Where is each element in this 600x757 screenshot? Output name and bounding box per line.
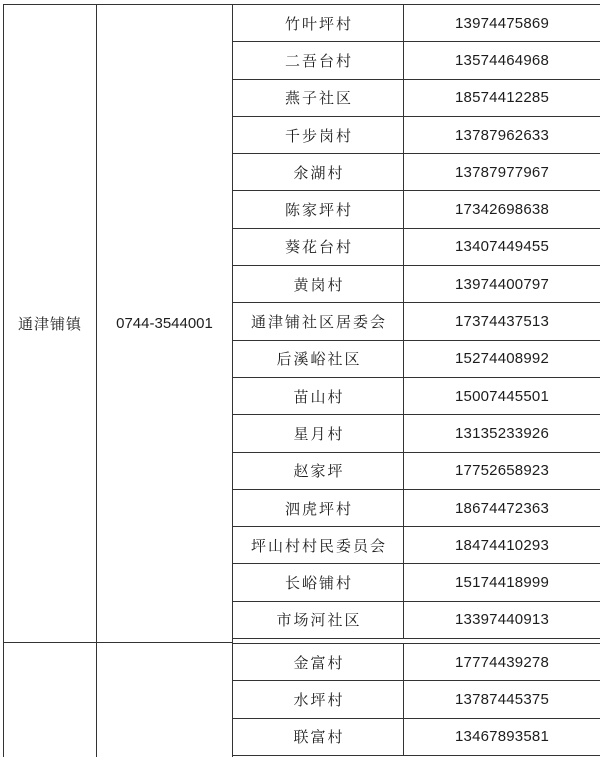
table-row: 赵家坪 17752658923	[233, 453, 600, 490]
village-name: 泗虎坪村	[233, 490, 404, 526]
village-phone: 18474410293	[404, 527, 600, 563]
village-phone: 17774439278	[404, 644, 600, 680]
village-name: 黄岗村	[233, 266, 404, 302]
village-name: 葵花台村	[233, 229, 404, 265]
village-phone: 13407449455	[404, 229, 600, 265]
village-phone: 15007445501	[404, 378, 600, 414]
village-name: 燕子社区	[233, 80, 404, 116]
village-phone: 17374437513	[404, 303, 600, 339]
village-phone: 13787977967	[404, 154, 600, 190]
village-name: 后溪峪社区	[233, 341, 404, 377]
village-phone: 17752658923	[404, 453, 600, 489]
village-name: 金富村	[233, 644, 404, 680]
table-row: 陈家坪村 17342698638	[233, 191, 600, 228]
town-phone-cell-continued	[97, 643, 233, 757]
village-name: 联富村	[233, 719, 404, 755]
village-name: 陈家坪村	[233, 191, 404, 227]
table-row: 联富村 13467893581	[233, 719, 600, 756]
table-row: 水坪村 13787445375	[233, 681, 600, 718]
village-name: 长峪铺村	[233, 564, 404, 600]
table-row: 葵花台村 13407449455	[233, 229, 600, 266]
table-row: 坪山村村民委员会 18474410293	[233, 527, 600, 564]
village-rows-group2: 金富村 17774439278 水坪村 13787445375 联富村 1346…	[233, 643, 600, 756]
village-name: 通津铺社区居委会	[233, 303, 404, 339]
village-name: 坪山村村民委员会	[233, 527, 404, 563]
village-phone: 13974475869	[404, 5, 600, 41]
village-name: 竹叶坪村	[233, 5, 404, 41]
table-row: 金富村 17774439278	[233, 644, 600, 681]
village-rows-group1: 竹叶坪村 13974475869 二吾台村 13574464968 燕子社区 1…	[233, 4, 600, 639]
table-row: 氽湖村 13787977967	[233, 154, 600, 191]
table-row: 长峪铺村 15174418999	[233, 564, 600, 601]
village-name: 氽湖村	[233, 154, 404, 190]
village-phone: 18674472363	[404, 490, 600, 526]
town-name-cell: 通津铺镇	[3, 4, 97, 643]
table-row: 泗虎坪村 18674472363	[233, 490, 600, 527]
village-phone: 15174418999	[404, 564, 600, 600]
village-name: 苗山村	[233, 378, 404, 414]
table-row: 二吾台村 13574464968	[233, 42, 600, 79]
village-phone: 13135233926	[404, 415, 600, 451]
table-row: 竹叶坪村 13974475869	[233, 5, 600, 42]
village-name: 市场河社区	[233, 602, 404, 638]
table-row: 市场河社区 13397440913	[233, 602, 600, 639]
village-phone: 15274408992	[404, 341, 600, 377]
village-phone: 17342698638	[404, 191, 600, 227]
town-name-cell-continued	[3, 643, 97, 757]
table-row: 燕子社区 18574412285	[233, 80, 600, 117]
village-phone: 13974400797	[404, 266, 600, 302]
table-row: 黄岗村 13974400797	[233, 266, 600, 303]
table-row: 星月村 13135233926	[233, 415, 600, 452]
village-name: 星月村	[233, 415, 404, 451]
village-name: 水坪村	[233, 681, 404, 717]
village-phone: 13787962633	[404, 117, 600, 153]
contact-directory-table: 通津铺镇 0744-3544001 竹叶坪村 13974475869 二吾台村 …	[0, 0, 600, 757]
village-name: 千步岗村	[233, 117, 404, 153]
village-name: 赵家坪	[233, 453, 404, 489]
village-phone: 13397440913	[404, 602, 600, 638]
town-phone-cell: 0744-3544001	[97, 4, 233, 643]
village-name: 二吾台村	[233, 42, 404, 78]
table-row: 千步岗村 13787962633	[233, 117, 600, 154]
village-phone: 13467893581	[404, 719, 600, 755]
table-row: 后溪峪社区 15274408992	[233, 341, 600, 378]
table-row: 苗山村 15007445501	[233, 378, 600, 415]
village-phone: 18574412285	[404, 80, 600, 116]
table-row: 通津铺社区居委会 17374437513	[233, 303, 600, 340]
village-phone: 13574464968	[404, 42, 600, 78]
village-phone: 13787445375	[404, 681, 600, 717]
